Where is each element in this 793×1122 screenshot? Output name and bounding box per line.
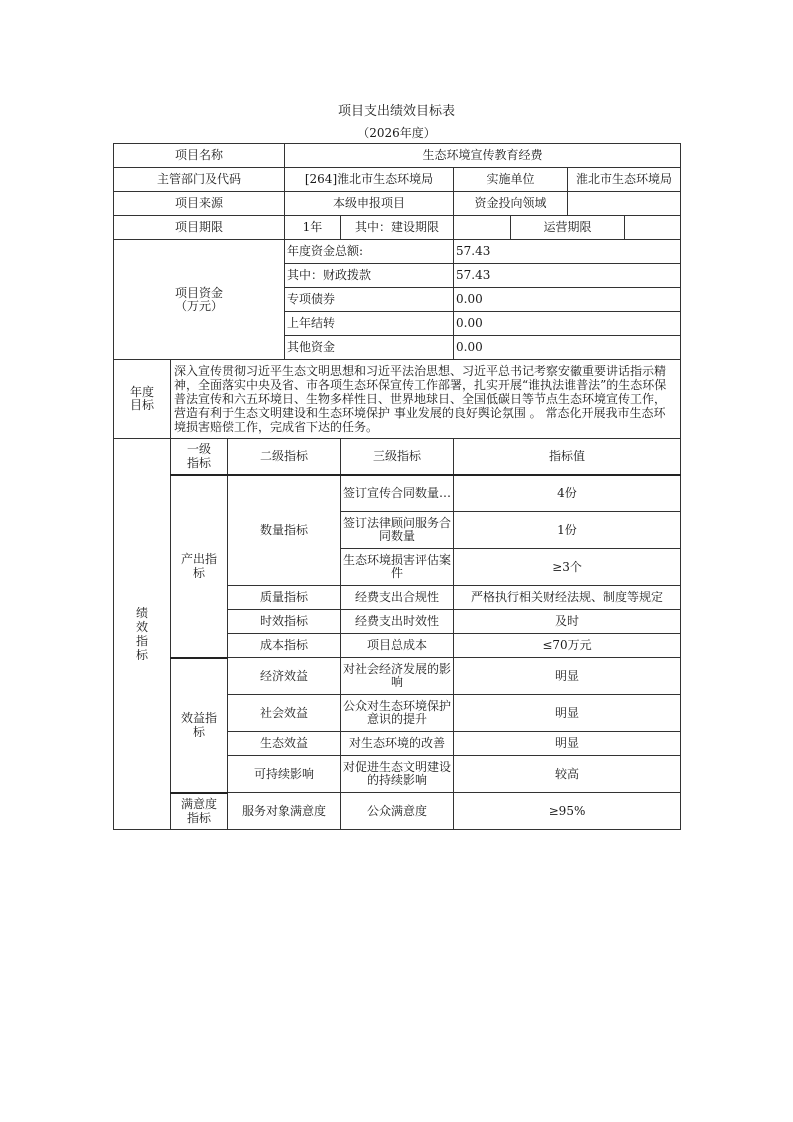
dept-value: [264]淮北市生态环境局 (285, 168, 454, 192)
operate-period-value (625, 216, 681, 240)
satisfaction-indicator-label: 满意度指标 (171, 793, 228, 830)
funds-row-label: 上年结转 (285, 312, 454, 336)
annual-goal-label-cell: 年度 目标 (114, 360, 171, 439)
benefit-indicator-text: 效益指标 (178, 711, 220, 739)
header-level1: 一级指标 (171, 439, 228, 475)
cost-indicator-label: 成本指标 (228, 634, 341, 658)
indicator-value: ≥3个 (454, 549, 681, 586)
output-indicator-label: 产出指标 (171, 475, 228, 658)
benefit-level2: 社会效益 (228, 695, 341, 732)
indicator-name: 签订法律顾问服务合同数量 (341, 512, 454, 549)
indicator-name: 公众满意度 (341, 793, 454, 830)
benefit-level2: 生态效益 (228, 732, 341, 756)
funds-row-label: 年度资金总额: (285, 240, 454, 264)
funds-row-value: 0.00 (454, 336, 681, 360)
funds-row-label: 其中：财政拨款 (285, 264, 454, 288)
indicator-value: 及时 (454, 610, 681, 634)
indicator-name: 经费支出时效性 (341, 610, 454, 634)
satisfaction-indicator-text: 满意度指标 (178, 797, 220, 825)
dept-label: 主管部门及代码 (114, 168, 285, 192)
satisfaction-level2: 服务对象满意度 (228, 793, 341, 830)
document-title: 项目支出绩效目标表 (0, 100, 793, 119)
header-value: 指标值 (454, 439, 681, 475)
quality-indicator-label: 质量指标 (228, 586, 341, 610)
indicator-value: 明显 (454, 658, 681, 695)
indicator-value: ≤70万元 (454, 634, 681, 658)
indicator-name: 经费支出合规性 (341, 586, 454, 610)
funds-row-value: 57.43 (454, 240, 681, 264)
timeliness-indicator-label: 时效指标 (228, 610, 341, 634)
funds-row-label: 其他资金 (285, 336, 454, 360)
indicator-value: ≥95% (454, 793, 681, 830)
funds-row-value: 57.43 (454, 264, 681, 288)
source-label: 项目来源 (114, 192, 285, 216)
invest-area-label: 资金投向领域 (454, 192, 568, 216)
period-label: 项目期限 (114, 216, 285, 240)
indicator-name: 对促进生态文明建设的持续影响 (341, 756, 454, 793)
annual-goal-label-line2: 目标 (116, 399, 168, 412)
performance-goal-table: 项目名称 生态环境宣传教育经费 主管部门及代码 [264]淮北市生态环境局 实施… (113, 143, 681, 830)
build-period-value (454, 216, 511, 240)
indicator-value: 明显 (454, 695, 681, 732)
header-level1-text: 一级指标 (185, 442, 213, 470)
header-level3: 三级指标 (341, 439, 454, 475)
indicators-section-text: 绩效指标 (135, 606, 149, 662)
operate-period-label: 运营期限 (511, 216, 625, 240)
indicator-name: 项目总成本 (341, 634, 454, 658)
project-name-value: 生态环境宣传教育经费 (285, 144, 681, 168)
impl-unit-value: 淮北市生态环境局 (568, 168, 681, 192)
source-value: 本级申报项目 (285, 192, 454, 216)
indicator-value: 较高 (454, 756, 681, 793)
benefit-indicator-label: 效益指标 (171, 658, 228, 793)
funds-row-value: 0.00 (454, 312, 681, 336)
indicator-value: 4份 (454, 475, 681, 512)
indicator-name: 公众对生态环境保护意识的提升 (341, 695, 454, 732)
header-level2: 二级指标 (228, 439, 341, 475)
funds-row-value: 0.00 (454, 288, 681, 312)
indicators-section-label: 绩效指标 (114, 439, 171, 830)
indicator-name: 对生态环境的改善 (341, 732, 454, 756)
document-year: （2026年度） (0, 124, 793, 141)
funds-unit: （万元） (116, 300, 282, 313)
funds-label: 项目资金 (116, 287, 282, 300)
indicator-value: 明显 (454, 732, 681, 756)
period-value: 1年 (285, 216, 341, 240)
indicator-value: 1份 (454, 512, 681, 549)
quantity-indicator-label: 数量指标 (228, 475, 341, 586)
project-name-label: 项目名称 (114, 144, 285, 168)
benefit-level2: 经济效益 (228, 658, 341, 695)
benefit-level2: 可持续影响 (228, 756, 341, 793)
indicator-name: 签订宣传合同数量… (341, 475, 454, 512)
impl-unit-label: 实施单位 (454, 168, 568, 192)
output-indicator-text: 产出指标 (178, 552, 220, 580)
funds-row-label: 专项债券 (285, 288, 454, 312)
indicator-name: 对社会经济发展的影响 (341, 658, 454, 695)
annual-goal-text: 深入宣传贯彻习近平生态文明思想和习近平法治思想、习近平总书记考察安徽重要讲话指示… (171, 360, 681, 439)
indicator-value: 严格执行相关财经法规、制度等规定 (454, 586, 681, 610)
funds-label-cell: 项目资金 （万元） (114, 240, 285, 360)
indicator-name: 生态环境损害评估案件 (341, 549, 454, 586)
invest-area-value (568, 192, 681, 216)
build-period-label: 其中：建设期限 (341, 216, 454, 240)
